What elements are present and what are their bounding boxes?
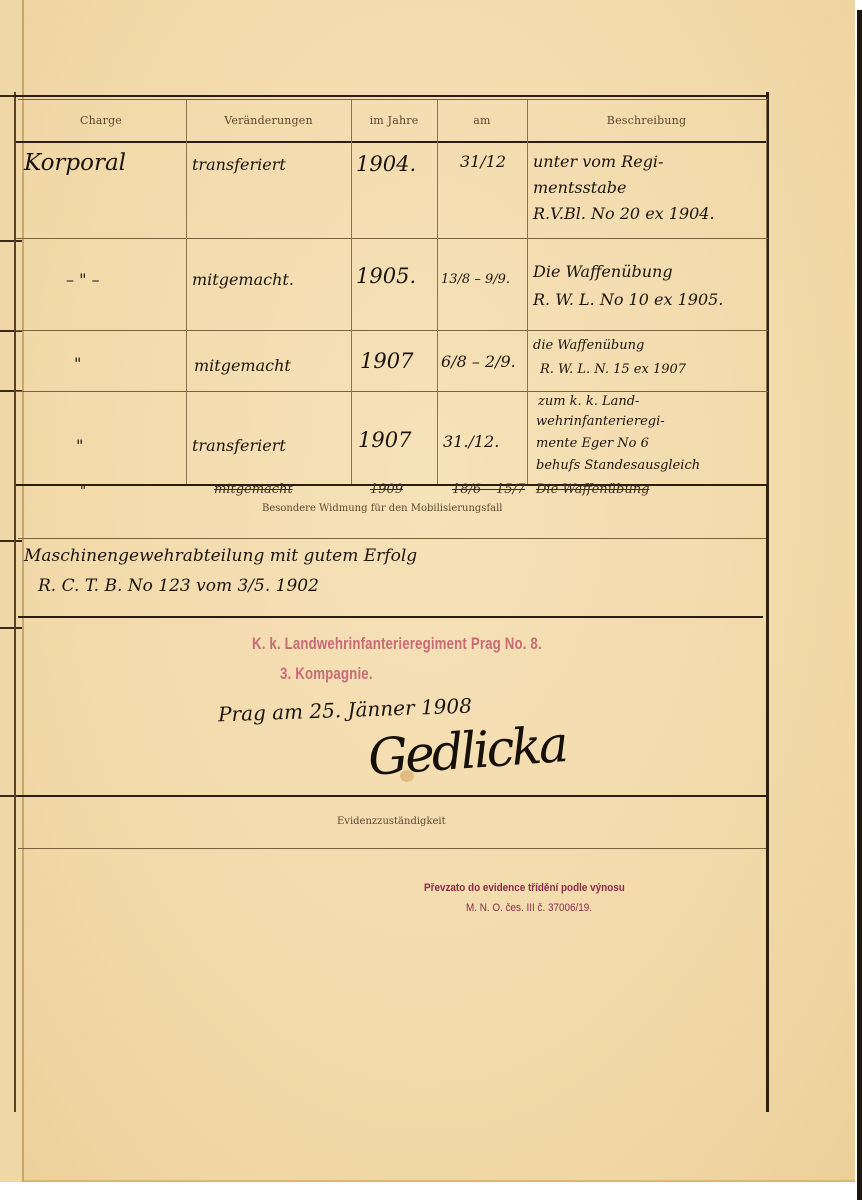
cell-date: 6/8 – 2/9. — [441, 352, 516, 371]
evidence-label: Evidenzzuständigkeit — [337, 816, 446, 827]
column-divider — [351, 100, 352, 484]
section-rule — [18, 848, 766, 849]
page-edge — [857, 10, 862, 1200]
cell-description-line: R. W. L. N. 15 ex 1907 — [540, 362, 686, 377]
cell-change: mitgemacht — [214, 482, 293, 497]
czech-stamp-line1: Převzato do evidence třídění podle výnos… — [424, 882, 625, 894]
row-divider — [16, 391, 768, 392]
cell-description-line: mente Eger No 6 — [536, 436, 649, 451]
mobilization-text-line: Maschinengewehrabteilung mit gutem Erfol… — [24, 546, 417, 566]
cell-charge: Korporal — [24, 150, 126, 176]
column-divider — [766, 100, 767, 484]
cell-year: 1907 — [360, 349, 413, 373]
cell-description-line: unter vom Regi- — [533, 152, 663, 171]
cell-change: transferiert — [192, 155, 286, 174]
cell-date: 13/8 – 9/9. — [441, 272, 510, 287]
cell-description-line: wehrinfanterieregi- — [536, 414, 665, 429]
column-divider — [186, 100, 187, 484]
cell-date: 31./12. — [443, 432, 499, 451]
cell-description-line: Die Waffenübung — [533, 262, 673, 281]
cell-charge: " — [76, 436, 83, 455]
cell-description-line: zum k. k. Land- — [538, 394, 639, 409]
cell-change: mitgemacht. — [192, 270, 294, 289]
header-date: am — [437, 100, 527, 140]
section-rule — [18, 538, 766, 539]
cell-charge: – " – — [66, 270, 100, 289]
section-rule — [18, 616, 763, 618]
cell-description-line: Die Waffenübung — [536, 482, 649, 497]
cell-description-line: R.V.Bl. No 20 ex 1904. — [533, 204, 715, 223]
row-divider — [16, 238, 768, 239]
cell-charge: " — [74, 354, 81, 373]
cell-year: 1907 — [358, 428, 411, 452]
left-border-rule — [14, 92, 16, 1112]
table-top-rule — [14, 95, 769, 97]
regiment-stamp-line2: 3. Kompagnie. — [280, 664, 373, 684]
header-year: im Jahre — [351, 100, 437, 140]
cell-change: transferiert — [192, 436, 286, 455]
cell-year: 1905. — [356, 264, 416, 288]
row-divider — [16, 330, 768, 331]
cell-description-line: behufs Standesausgleich — [536, 458, 700, 473]
cell-year: 1909 — [370, 482, 403, 497]
cell-date: 31/12 — [460, 152, 506, 171]
regiment-stamp-line1: K. k. Landwehrinfanterieregiment Prag No… — [252, 634, 542, 654]
header-description: Beschreibung — [527, 100, 766, 140]
czech-stamp-line2: M. N. O. čes. III č. 37006/19. — [466, 902, 592, 914]
column-divider — [437, 100, 438, 484]
header-bottom-rule — [16, 141, 768, 143]
column-divider — [527, 100, 528, 484]
cell-description-line: R. W. L. No 10 ex 1905. — [533, 290, 723, 309]
section-rule — [18, 795, 766, 797]
cell-year: 1904. — [356, 152, 416, 176]
mobilization-label: Besondere Widmung für den Mobilisierungs… — [262, 503, 503, 514]
binding-strip — [0, 0, 24, 1182]
cell-change: mitgemacht — [194, 356, 291, 375]
cell-charge: " — [80, 484, 86, 499]
cell-date: 18/6 – 15/7 — [452, 482, 525, 497]
cell-description-line: die Waffenübung — [533, 338, 644, 353]
header-changes: Veränderungen — [186, 100, 351, 140]
cell-description-line: mentsstabe — [533, 178, 626, 197]
mobilization-text-line: R. C. T. B. No 123 vom 3/5. 1902 — [38, 576, 319, 596]
header-charge: Charge — [16, 100, 186, 140]
